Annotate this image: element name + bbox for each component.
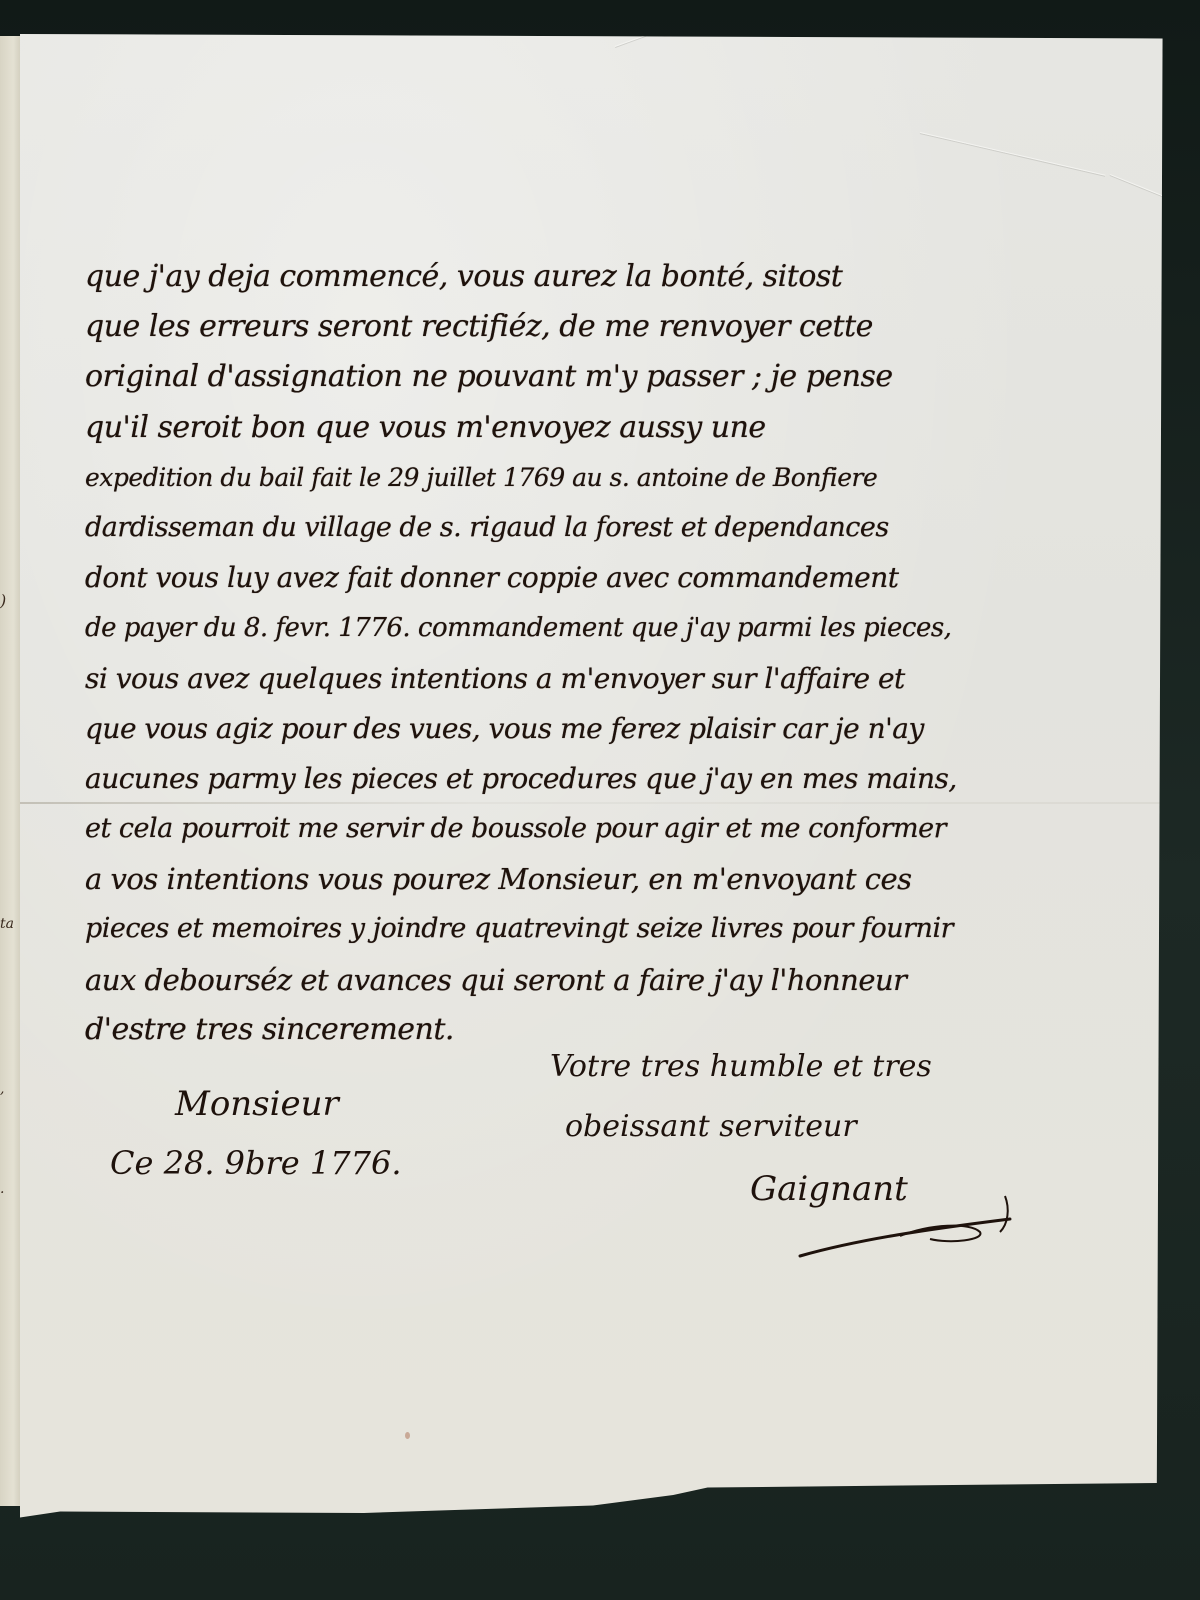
body-line: aucunes parmy les pieces et procedures q…: [85, 754, 1155, 804]
body-line: dont vous luy avez fait donner coppie av…: [85, 553, 1155, 603]
letter-sheet: que j'ay deja commencé, vous aurez la bo…: [20, 34, 1166, 1534]
ink-stain: [405, 1432, 410, 1439]
closing-line: obeissant serviteur: [565, 1109, 857, 1144]
left-facing-leaf: ) ta , .: [0, 36, 23, 1506]
body-line: dardisseman du village de s. rigaud la f…: [85, 503, 1155, 553]
salutation: Monsieur: [175, 1084, 339, 1124]
body-line: de payer du 8. fevr. 1776. commandement …: [85, 603, 1155, 653]
paper-crease: [920, 132, 1106, 177]
body-line: si vous avez quelques intentions a m'env…: [85, 654, 1155, 704]
body-line: d'estre tres sincerement.: [85, 1005, 1155, 1055]
body-line: expedition du bail fait le 29 juillet 17…: [85, 453, 1155, 503]
body-line: que j'ay deja commencé, vous aurez la bo…: [85, 252, 1155, 302]
body-line: a vos intentions vous pourez Monsieur, e…: [85, 854, 1155, 904]
photo-stage: ) ta , . que j'ay deja commencé, vous au…: [0, 0, 1200, 1600]
letter-date: Ce 28. 9bre 1776.: [110, 1144, 402, 1182]
body-line: et cela pourroit me servir de boussole p…: [85, 804, 1155, 854]
body-line: aux debourséz et avances qui seront a fa…: [85, 955, 1155, 1005]
margin-mark: .: [0, 1181, 4, 1197]
margin-mark: ta: [0, 916, 14, 932]
letter-body: que j'ay deja commencé, vous aurez la bo…: [85, 252, 1155, 1055]
signature-flourish-icon: [780, 1184, 1030, 1264]
body-line: qu'il seroit bon que vous m'envoyez auss…: [85, 403, 1155, 453]
margin-mark: ,: [0, 1081, 4, 1097]
closing-line: Votre tres humble et tres: [550, 1049, 932, 1084]
body-line: original d'assignation ne pouvant m'y pa…: [85, 352, 1155, 402]
body-line: que les erreurs seront rectifiéz, de me …: [85, 302, 1155, 352]
paper-crease: [615, 32, 653, 48]
paper-crease: [1110, 174, 1176, 202]
body-line: que vous agiz pour des vues, vous me fer…: [85, 704, 1155, 754]
body-line: pieces et memoires y joindre quatrevingt…: [85, 904, 1155, 954]
margin-mark: ): [0, 591, 6, 610]
